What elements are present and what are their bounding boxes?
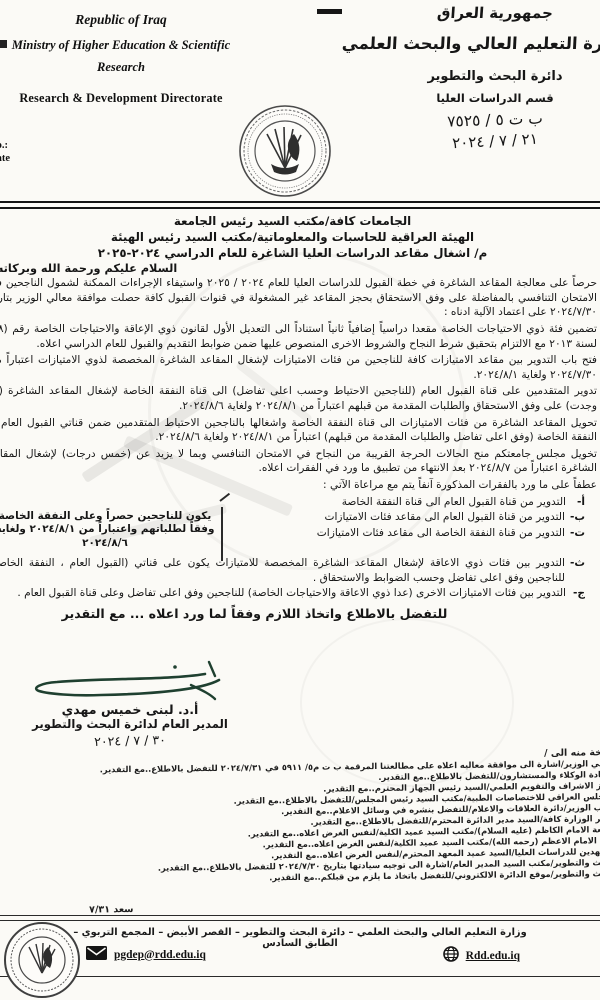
email-link[interactable]: pgdep@rdd.edu.iq — [114, 949, 206, 961]
point-label: ج- — [571, 586, 585, 601]
ministry-title-en-2: Research — [0, 60, 242, 75]
addressee-line: الهيئة العراقية للحاسبات والمعلوماتية/مك… — [0, 230, 597, 246]
signer-title: المدير العام لدائرة البحث والتطوير — [10, 717, 250, 732]
footer-divider-top — [0, 915, 600, 921]
website-link[interactable]: Rdd.edu.iq — [466, 950, 520, 962]
globe-icon — [443, 946, 459, 965]
scan-top-mark — [317, 9, 342, 14]
mechanism-item: تضمين فئة ذوي الاحتياجات الخاصة مقعدا در… — [0, 322, 597, 351]
ministry-seal-icon — [237, 102, 333, 204]
directorate-title-en: Research & Development Directorate — [0, 91, 242, 106]
footer-email: pgdep@rdd.edu.iq — [86, 946, 206, 963]
mechanism-item: تدوير المتقدمين على قناة القبول العام (ل… — [0, 384, 597, 413]
letterhead-arabic: جمهورية العراق وزارة التعليم العالي والب… — [376, 4, 600, 150]
signature-image — [23, 658, 238, 704]
point-label: ب- — [570, 510, 585, 525]
margin-annotation: يكون للناجحين حصراً وعلى النفقة الخاصة و… — [0, 510, 216, 551]
ref-no-label: No.: — [0, 140, 8, 151]
closing-line: للتفضل بالاطلاع واتخاذ اللازم وفقاً لما … — [62, 607, 448, 622]
greeting-line: السلام عليكم ورحمة الله وبركاته ... — [0, 261, 597, 276]
letter-body: الجامعات كافة/مكتب السيد رئيس الجامعة ال… — [0, 214, 597, 622]
annotation-bracket — [221, 507, 223, 561]
scanned-official-letter: Republic of Iraq Ministry of Higher Educ… — [0, 0, 600, 1000]
addressee-line: الجامعات كافة/مكتب السيد رئيس الجامعة — [0, 214, 597, 230]
point-row: ج- التدوير بين فئات الامتيازات الاخرى (ع… — [0, 586, 597, 601]
point-label: ت- — [570, 526, 585, 541]
point-row: ث- التدوير بين فئات ذوي الاعاقة لإشغال ا… — [0, 556, 597, 585]
intro-paragraph: حرصاً على معالجة المقاعد الشاغرة في خطة … — [0, 276, 597, 320]
signature-date: ٣٠ / ٧ / ٢٠٢٤ — [10, 730, 250, 751]
cc-block: نسخة منه الى / معالي الوزير/اشارة الى مو… — [0, 747, 600, 887]
letterhead-english: Republic of Iraq Ministry of Higher Educ… — [0, 12, 242, 106]
point-text: التدوير من قناة القبول العام الى قناة ال… — [0, 495, 566, 510]
cc-list: معالي الوزير/اشارة الى موافقة معاليه اعل… — [0, 758, 600, 887]
ministry-title-ar: وزارة التعليم العالي والبحث العلمي — [376, 34, 600, 53]
directorate-title-ar: دائرة البحث والتطوير — [376, 69, 600, 84]
date-label: Date — [0, 153, 10, 164]
directorate-stamp-icon — [2, 920, 82, 1000]
envelope-icon — [86, 946, 107, 963]
department-title-ar: قسم الدراسات العليا — [376, 91, 600, 105]
point-label: ث- — [570, 556, 585, 585]
point-label: أ- — [571, 495, 585, 510]
typist-initials: سعد ٧/٣١ — [89, 904, 134, 916]
point-row: أ- التدوير من قناة القبول العام الى قناة… — [0, 495, 597, 510]
ministry-title-en: Ministry of Higher Education & Scientifi… — [0, 38, 242, 53]
footer-website: Rdd.edu.iq — [443, 946, 520, 965]
country-title-ar: جمهورية العراق — [375, 4, 600, 22]
subject-line: م/ اشغال مقاعد الدراسات العليا الشاغرة ل… — [0, 245, 597, 261]
mechanism-item: تخويل مجلس جامعتكم منح الحالات الحرجة ال… — [0, 447, 597, 476]
mechanism-item: تحويل المقاعد الشاغرة من فئات الامتيازات… — [0, 416, 597, 445]
point-text: التدوير بين فئات الامتيازات الاخرى (عدا … — [0, 586, 566, 601]
mechanism-item: فتح باب التدوير بين مقاعد الامتيازات كاف… — [0, 353, 597, 382]
signer-name: أ.د. لبنى خميس مهدي — [10, 702, 250, 717]
footer-divider-bottom — [0, 976, 600, 977]
point-text: التدوير بين فئات ذوي الاعاقة لإشغال المق… — [0, 556, 565, 585]
signature-block: أ.د. لبنى خميس مهدي المدير العام لدائرة … — [10, 658, 250, 748]
points-block: أ- التدوير من قناة القبول العام الى قناة… — [0, 495, 597, 602]
mechanism-list: تضمين فئة ذوي الاحتياجات الخاصة مقعدا در… — [0, 322, 597, 476]
followup-line: عطفاً على ما ورد بالفقرات المذكورة آنفاً… — [0, 478, 597, 493]
country-title-en: Republic of Iraq — [0, 12, 242, 28]
